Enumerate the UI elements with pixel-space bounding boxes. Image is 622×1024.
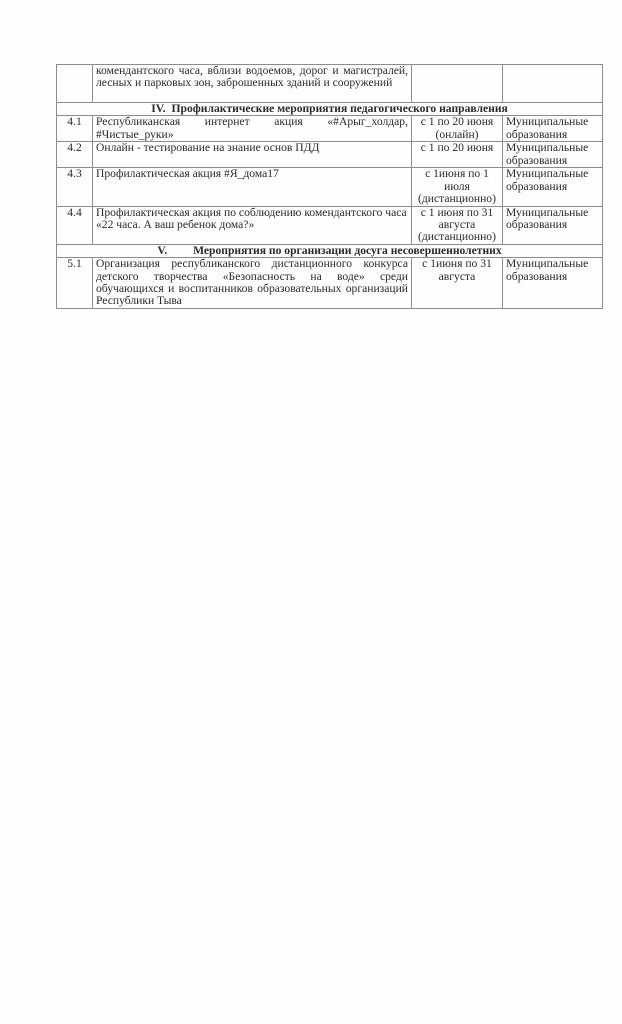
row-number: 4.4 xyxy=(57,206,93,244)
section-title: Профилактические мероприятия педагогичес… xyxy=(172,102,508,115)
table-row: 4.3 Профилактическая акция #Я_дома17 с 1… xyxy=(57,168,603,206)
row-description: Профилактическая акция #Я_дома17 xyxy=(93,168,412,206)
row-responsible xyxy=(503,65,603,103)
row-responsible: Муниципальные образования xyxy=(503,258,603,309)
row-dates: с 1 июня по 31 августа (дистанционно) xyxy=(412,206,503,244)
section-heading: IV.Профилактические мероприятия педагоги… xyxy=(57,103,603,116)
row-responsible: Муниципальные образования xyxy=(503,168,603,206)
table-row-continued: комендантского часа, вблизи водоемов, до… xyxy=(57,65,603,103)
row-dates: с 1 по 20 июня (онлайн) xyxy=(412,116,503,142)
row-description: Организация республиканского дистанционн… xyxy=(93,258,412,309)
row-number: 4.3 xyxy=(57,168,93,206)
section-header-row: IV.Профилактические мероприятия педагоги… xyxy=(57,103,603,116)
events-plan-table: комендантского часа, вблизи водоемов, до… xyxy=(56,64,603,309)
section-number: V. xyxy=(157,244,167,257)
row-dates: с 1июня по 31 августа xyxy=(412,258,503,309)
row-dates xyxy=(412,65,503,103)
row-number: 4.1 xyxy=(57,116,93,142)
row-number xyxy=(57,65,93,103)
row-responsible: Муниципальные образования xyxy=(503,116,603,142)
row-number: 4.2 xyxy=(57,142,93,168)
section-title: Мероприятия по организации досуга несове… xyxy=(193,244,502,257)
document-page: комендантского часа, вблизи водоемов, до… xyxy=(0,0,622,1024)
section-number: IV. xyxy=(151,102,165,115)
row-responsible: Муниципальные образования xyxy=(503,206,603,244)
section-heading: V.Мероприятия по организации досуга несо… xyxy=(57,244,603,257)
table-row: 4.1 Республиканская интернет акция «#Ары… xyxy=(57,116,603,142)
row-responsible: Муниципальные образования xyxy=(503,142,603,168)
row-dates: с 1 по 20 июня xyxy=(412,142,503,168)
row-description: Онлайн - тестирование на знание основ ПД… xyxy=(93,142,412,168)
table-row: 4.4 Профилактическая акция по соблюдению… xyxy=(57,206,603,244)
row-description: комендантского часа, вблизи водоемов, до… xyxy=(93,65,412,103)
row-description: Республиканская интернет акция «#Арыг_хо… xyxy=(93,116,412,142)
section-header-row: V.Мероприятия по организации досуга несо… xyxy=(57,244,603,257)
row-dates: с 1июня по 1 июля (дистанционно) xyxy=(412,168,503,206)
table-row: 5.1 Организация республиканского дистанц… xyxy=(57,258,603,309)
row-number: 5.1 xyxy=(57,258,93,309)
row-description: Профилактическая акция по соблюдению ком… xyxy=(93,206,412,244)
table-row: 4.2 Онлайн - тестирование на знание осно… xyxy=(57,142,603,168)
